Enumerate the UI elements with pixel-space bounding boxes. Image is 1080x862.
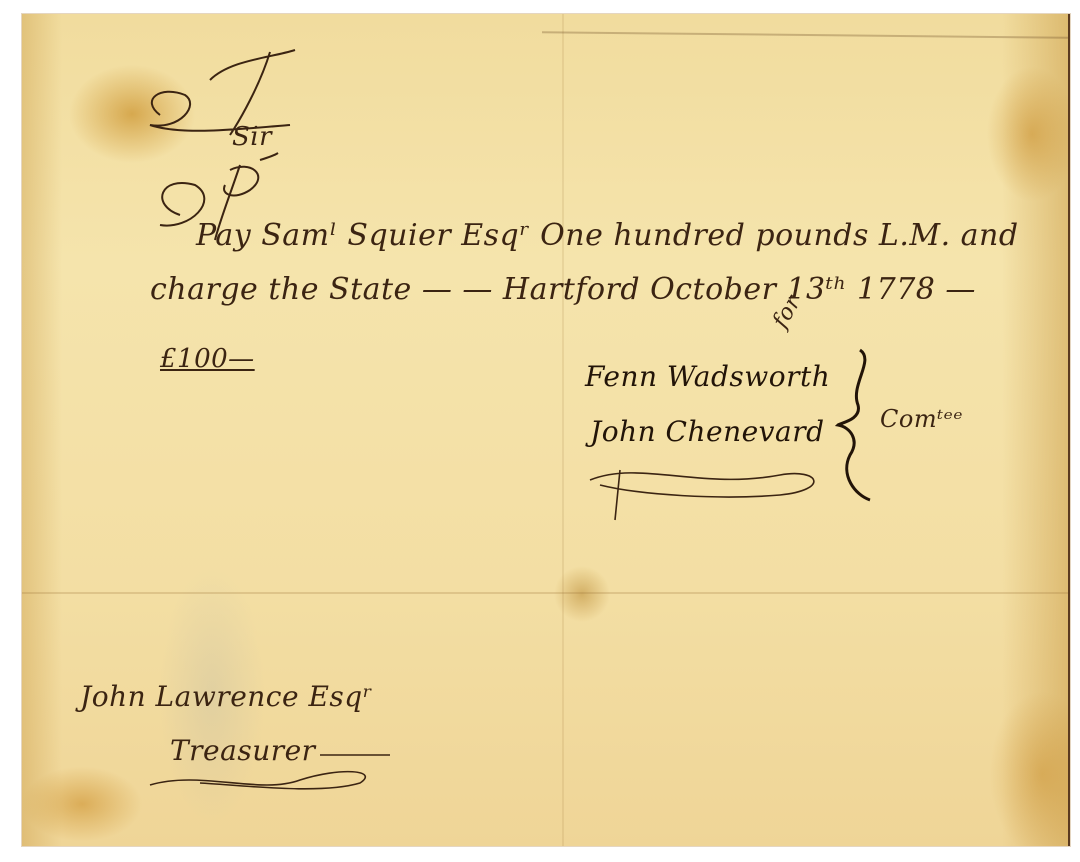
committee-label: Comᵗᵉᵉ — [880, 405, 963, 433]
fold-line-horizontal — [22, 592, 1068, 594]
salutation-flourish-icon — [120, 40, 320, 150]
body-line-1: Pay Samˡ Squier Esqʳ One hundred pounds … — [196, 218, 1019, 253]
amount-text: £100— — [160, 344, 255, 374]
addressee-name: John Lawrence Esqʳ — [80, 680, 373, 713]
brace-icon — [830, 345, 880, 505]
signature-flourish-icon — [580, 450, 850, 530]
treasurer-flourish-icon — [140, 745, 400, 795]
fold-line-top — [542, 31, 1068, 39]
signature-fenn-wadsworth: Fenn Wadsworth — [585, 360, 830, 393]
fold-line-vertical — [562, 14, 564, 846]
signature-john-chenevard: John Chenevard — [590, 415, 825, 448]
body-line-2: charge the State — — Hartford October 13… — [150, 272, 976, 307]
